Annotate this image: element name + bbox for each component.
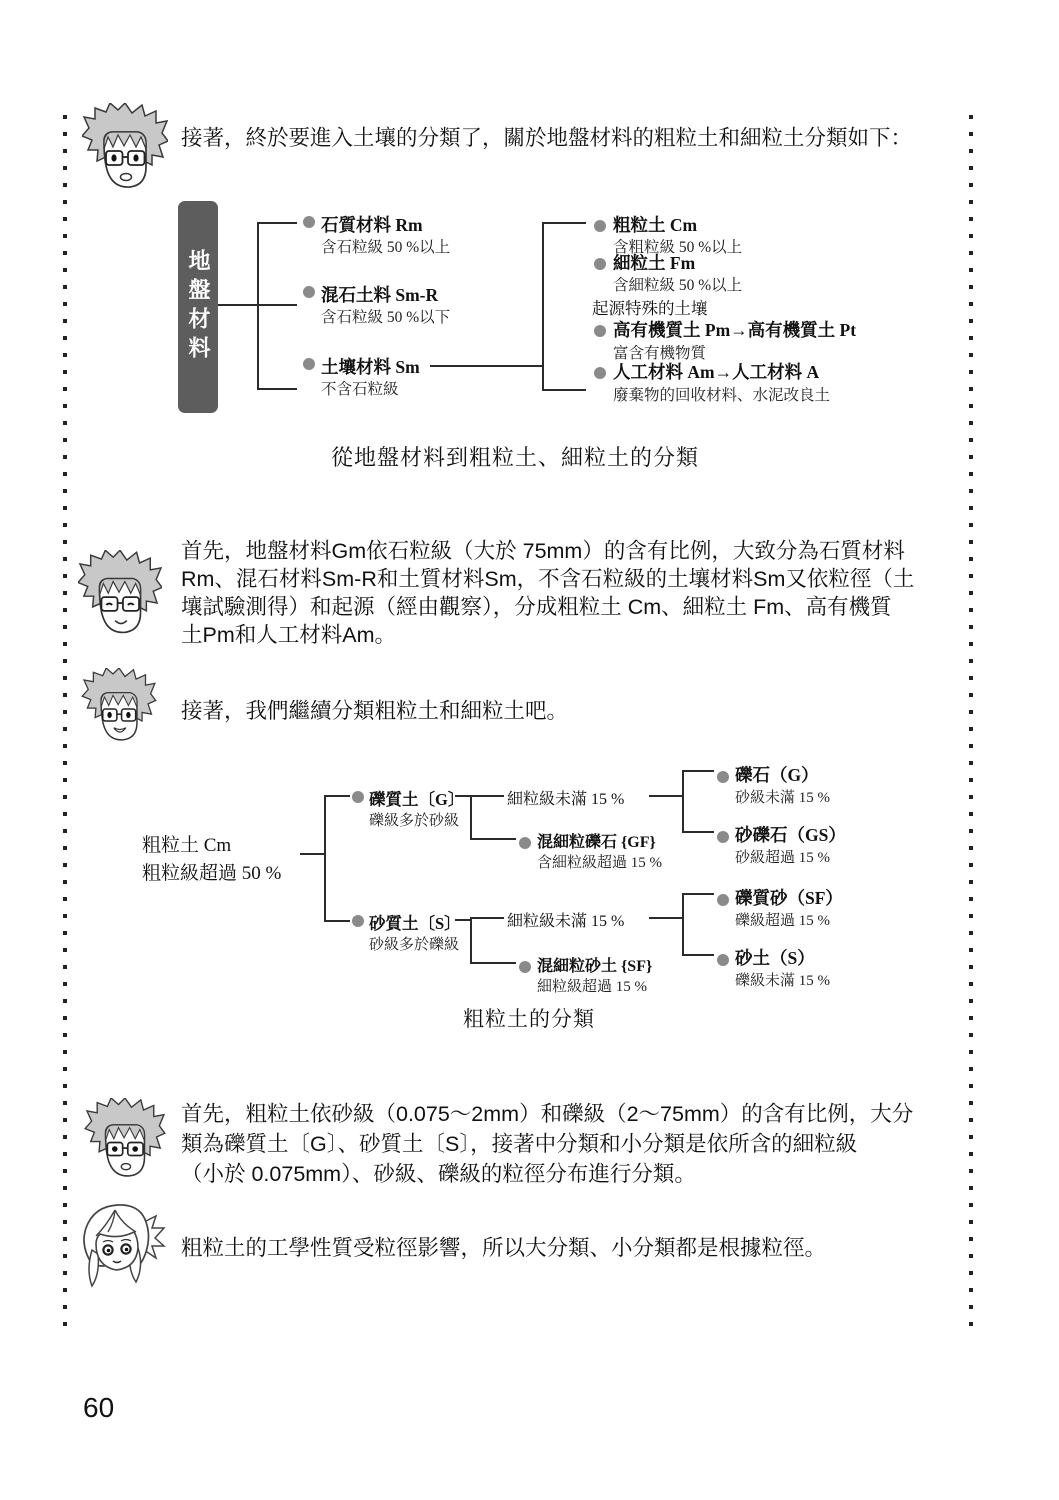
diagram2-leaf-sandy-gravel-desc: 砂級超過 15 % xyxy=(735,846,830,867)
connector-line xyxy=(682,954,714,956)
diagram2-gravel-fine-high: 混細粒礫石 {GF} xyxy=(537,829,656,852)
bullet-icon xyxy=(519,961,531,973)
diagram2-leaf-sandy-gravel: 砂礫石（GS） xyxy=(735,822,846,847)
diagram2-sand-fine-high-desc: 細粒級超過 15 % xyxy=(537,975,647,996)
connector-line xyxy=(470,962,516,964)
bullet-icon xyxy=(352,915,364,927)
connector-line xyxy=(682,894,684,956)
bullet-icon xyxy=(594,220,606,232)
diagram1-item-soil-material-desc: 不含石粒級 xyxy=(321,377,399,399)
connector-line xyxy=(257,222,259,390)
bullet-icon xyxy=(594,325,606,337)
bullet-icon xyxy=(352,791,364,803)
diagram2-leaf-gravel-desc: 砂級未滿 15 % xyxy=(735,786,830,807)
diagram1-item-rock-material-desc: 含石粒級 50 %以上 xyxy=(321,235,450,257)
left-dotted-border xyxy=(63,115,67,1327)
connector-line xyxy=(542,223,544,391)
connector-line xyxy=(542,389,586,391)
diagram1-root-box: 地盤材料 xyxy=(178,201,218,413)
connector-line xyxy=(324,796,326,922)
bullet-icon xyxy=(717,771,729,783)
dialogue-4-line-3: （小於 0.075mm）、砂級、礫級的粒徑分布進行分類。 xyxy=(181,1157,696,1188)
connector-line xyxy=(682,893,714,895)
diagram2-sandy-soil-desc: 砂級多於礫級 xyxy=(369,933,459,954)
dialogue-2-line-1: 首先，地盤材料Gm依石粒級（大於 75mm）的含有比例，大致分為石質材料 xyxy=(181,534,905,565)
diagram2-leaf-gravelly-sand-desc: 礫級超過 15 % xyxy=(735,909,830,930)
connector-line xyxy=(455,919,471,921)
diagram2-leaf-sand: 砂土（S） xyxy=(735,945,815,970)
dialogue-5: 粗粒土的工學性質受粒徑影響，所以大分類、小分類都是根據粒徑。 xyxy=(181,1231,826,1262)
diagram1-item-rock-material: 石質材料 Rm xyxy=(321,212,423,237)
diagram1-caption: 從地盤材料到粗粒土、細粒土的分類 xyxy=(185,441,845,472)
connector-line xyxy=(470,917,504,919)
diagram1-item-artificial-material: 人工材料 Am→人工材料 A xyxy=(613,359,819,384)
diagram2-sand-fine-low: 細粒級未滿 15 % xyxy=(507,908,624,931)
connector-line xyxy=(682,770,714,772)
connector-line xyxy=(430,365,543,367)
diagram1-item-special-origin-soil: 起源特殊的土壤 xyxy=(592,295,708,319)
boy-avatar-icon xyxy=(80,668,158,762)
connector-line xyxy=(649,917,683,919)
diagram1-item-fine-soil-desc: 含細粒級 50 %以上 xyxy=(613,273,742,295)
diagram1-item-fine-soil: 細粒土 Fm xyxy=(613,250,695,275)
diagram2-sandy-soil: 砂質土〔S〕 xyxy=(369,910,461,934)
diagram1-item-soil-material: 土壤材料 Sm xyxy=(321,354,420,379)
girl-avatar-icon xyxy=(78,1202,168,1297)
connector-line xyxy=(324,920,350,922)
diagram2-root-desc: 粗粒級超過 50 % xyxy=(142,858,281,885)
diagram1-item-high-organic-soil: 高有機質土 Pm→高有機質土 Pt xyxy=(613,317,856,342)
bullet-icon xyxy=(303,358,315,370)
bullet-icon xyxy=(594,367,606,379)
bullet-icon xyxy=(717,894,729,906)
diagram1-item-coarse-soil: 粗粒土 Cm xyxy=(613,212,697,237)
diagram1-item-mixed-rock-soil: 混石土料 Sm-R xyxy=(321,282,438,307)
diagram2-gravelly-soil-desc: 礫級多於砂級 xyxy=(369,809,459,830)
book-page: 接著，終於要進入土壤的分類了，關於地盤材料的粗粒土和細粒土分類如下： 首先，地盤… xyxy=(0,0,1059,1500)
diagram2-root-title: 粗粒土 Cm xyxy=(142,830,231,857)
dialogue-2-line-3: 壤試驗測得）和起源（經由觀察），分成粗粒土 Cm、細粒土 Fm、高有機質 xyxy=(181,590,892,621)
boy-avatar-icon xyxy=(82,1098,168,1200)
diagram2-gravel-fine-low: 細粒級未滿 15 % xyxy=(507,786,624,809)
bullet-icon xyxy=(303,286,315,298)
dialogue-2-line-4: 土Pm和人工材料Am。 xyxy=(181,618,396,649)
bullet-icon xyxy=(594,258,606,270)
connector-line xyxy=(649,795,683,797)
connector-line xyxy=(324,795,350,797)
connector-line xyxy=(470,838,516,840)
bullet-icon xyxy=(519,837,531,849)
boy-avatar-icon xyxy=(82,103,168,213)
diagram2-gravelly-soil: 礫質土〔G〕 xyxy=(369,786,464,810)
diagram2-gravel-fine-high-desc: 含細粒級超過 15 % xyxy=(537,851,662,872)
diagram1-item-mixed-rock-soil-desc: 含石粒級 50 %以下 xyxy=(321,305,450,327)
connector-line xyxy=(470,918,472,964)
connector-line xyxy=(470,795,504,797)
dialogue-1: 接著，終於要進入土壤的分類了，關於地盤材料的粗粒土和細粒土分類如下： xyxy=(181,121,912,152)
diagram2-leaf-sand-desc: 礫級未滿 15 % xyxy=(735,969,830,990)
bullet-icon xyxy=(303,216,315,228)
bullet-icon xyxy=(717,954,729,966)
diagram1-root-label: 地盤材料 xyxy=(187,249,209,365)
connector-line xyxy=(470,796,472,840)
diagram2-sand-fine-high: 混細粒砂土 {SF} xyxy=(537,953,652,976)
diagram2-leaf-gravel: 礫石（G） xyxy=(735,762,819,787)
dialogue-4-line-1: 首先，粗粒土依砂級（0.075～2mm）和礫級（2～75mm）的含有比例，大分 xyxy=(181,1097,913,1128)
diagram2-leaf-gravelly-sand: 礫質砂（SF） xyxy=(735,885,843,910)
connector-line xyxy=(455,795,471,797)
connector-line xyxy=(300,853,324,855)
connector-line xyxy=(257,388,297,390)
connector-line xyxy=(542,222,586,224)
right-dotted-border xyxy=(969,115,973,1327)
connector-line xyxy=(682,831,714,833)
connector-line xyxy=(257,222,297,224)
dialogue-2-line-2: Rm、混石材料Sm-R和土質材料Sm，不含石粒級的土壤材料Sm又依粒徑（土 xyxy=(181,562,914,593)
diagram1-item-artificial-material-desc: 廢棄物的回收材料、水泥改良土 xyxy=(613,383,830,405)
bullet-icon xyxy=(717,831,729,843)
connector-line xyxy=(682,771,684,833)
boy-avatar-icon xyxy=(78,550,162,658)
dialogue-4-line-2: 類為礫質土〔G〕、砂質土〔S〕，接著中分類和小分類是依所含的細粒級 xyxy=(181,1127,857,1158)
dialogue-3: 接著，我們繼續分類粗粒土和細粒土吧。 xyxy=(181,694,568,725)
page-number: 60 xyxy=(83,1392,114,1424)
diagram2-caption: 粗粒土的分類 xyxy=(199,1003,859,1033)
